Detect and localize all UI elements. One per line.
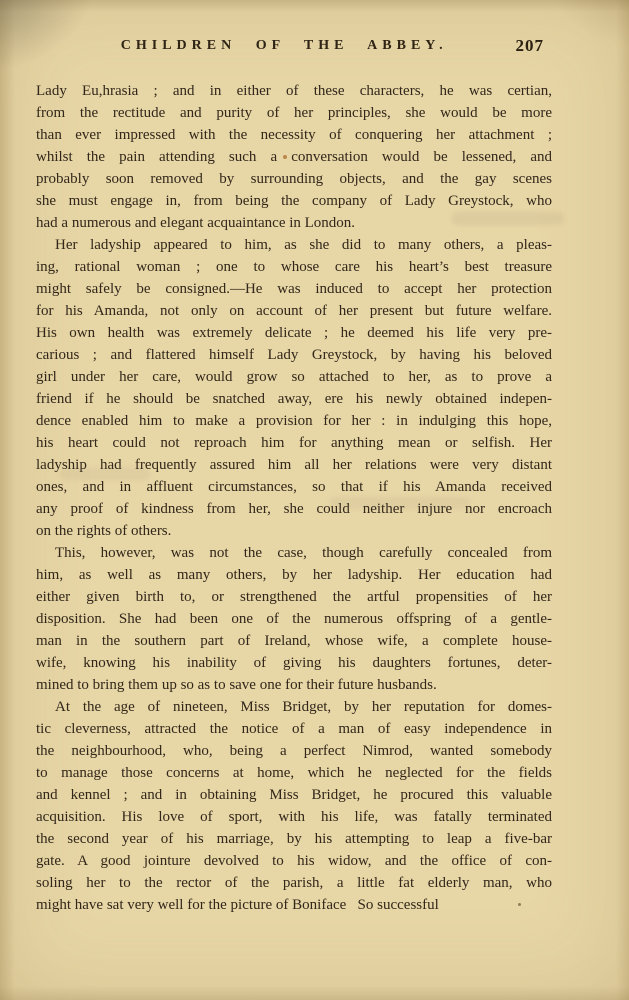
text-line: probably soon removed by surrounding obj… [36, 168, 552, 190]
text-line: on the rights of others. [36, 520, 552, 542]
book-page: CHILDREN OF THE ABBEY. 207 Lady Eu,hrasi… [0, 0, 629, 1000]
text-line: might safely be consigned.—He was induce… [36, 278, 552, 300]
text-line: for his Amanda, not only on account of h… [36, 300, 552, 322]
text-line: the neighbourhood, who, being a perfect … [36, 740, 552, 762]
text-line: from the rectitude and purity of her pri… [36, 102, 552, 124]
text-line: whilst the pain attending such a convers… [36, 146, 552, 168]
text-line: than ever impressed with the necessity o… [36, 124, 552, 146]
paragraph: Her ladyship appeared to him, as she did… [36, 234, 552, 542]
text-line: she must engage in, from being the compa… [36, 190, 552, 212]
text-line: might have sat very well for the picture… [36, 894, 552, 916]
text-line: him, as well as many others, by her lady… [36, 564, 552, 586]
text-line: any proof of kindness from her, she coul… [36, 498, 552, 520]
running-title: CHILDREN OF THE ABBEY. [121, 38, 448, 54]
page-number: 207 [516, 36, 545, 56]
text-line: man in the southern part of Ireland, who… [36, 630, 552, 652]
text-line: dence enabled him to make a provision fo… [36, 410, 552, 432]
text-line: wife, knowing his inability of giving hi… [36, 652, 552, 674]
text-line: ing, rational woman ; one to whose care … [36, 256, 552, 278]
text-line: His own health was extremely delicate ; … [36, 322, 552, 344]
text-line: ladyship had frequently assured him all … [36, 454, 552, 476]
paragraph: Lady Eu,hrasia ; and in either of these … [36, 80, 552, 234]
text-line: soling her to the rector of the parish, … [36, 872, 552, 894]
text-line: carious ; and flattered himself Lady Gre… [36, 344, 552, 366]
text-line: girl under her care, would grow so attac… [36, 366, 552, 388]
text-line: Her ladyship appeared to him, as she did… [36, 234, 552, 256]
text-line: had a numerous and elegant acquaintance … [36, 212, 552, 234]
text-line: his heart could not reproach him for any… [36, 432, 552, 454]
text-line: mined to bring them up so as to save one… [36, 674, 552, 696]
page-text: Lady Eu,hrasia ; and in either of these … [36, 80, 552, 916]
text-line: friend if he should be snatched away, er… [36, 388, 552, 410]
text-line: disposition. She had been one of the num… [36, 608, 552, 630]
text-line: gate. A good jointure devolved to his wi… [36, 850, 552, 872]
paragraph: This, however, was not the case, though … [36, 542, 552, 696]
text-line: and kennel ; and in obtaining Miss Bridg… [36, 784, 552, 806]
text-line: This, however, was not the case, though … [36, 542, 552, 564]
text-line: either given birth to, or strengthened t… [36, 586, 552, 608]
text-line: At the age of nineteen, Miss Bridget, by… [36, 696, 552, 718]
text-line: to manage those concerns at home, which … [36, 762, 552, 784]
page-header: CHILDREN OF THE ABBEY. 207 [36, 38, 552, 60]
text-line: the second year of his marriage, by his … [36, 828, 552, 850]
text-line: Lady Eu,hrasia ; and in either of these … [36, 80, 552, 102]
text-line: acquisition. His love of sport, with his… [36, 806, 552, 828]
paragraph: At the age of nineteen, Miss Bridget, by… [36, 696, 552, 916]
text-line: tic cleverness, attracted the notice of … [36, 718, 552, 740]
text-line: ones, and in affluent circumstances, so … [36, 476, 552, 498]
